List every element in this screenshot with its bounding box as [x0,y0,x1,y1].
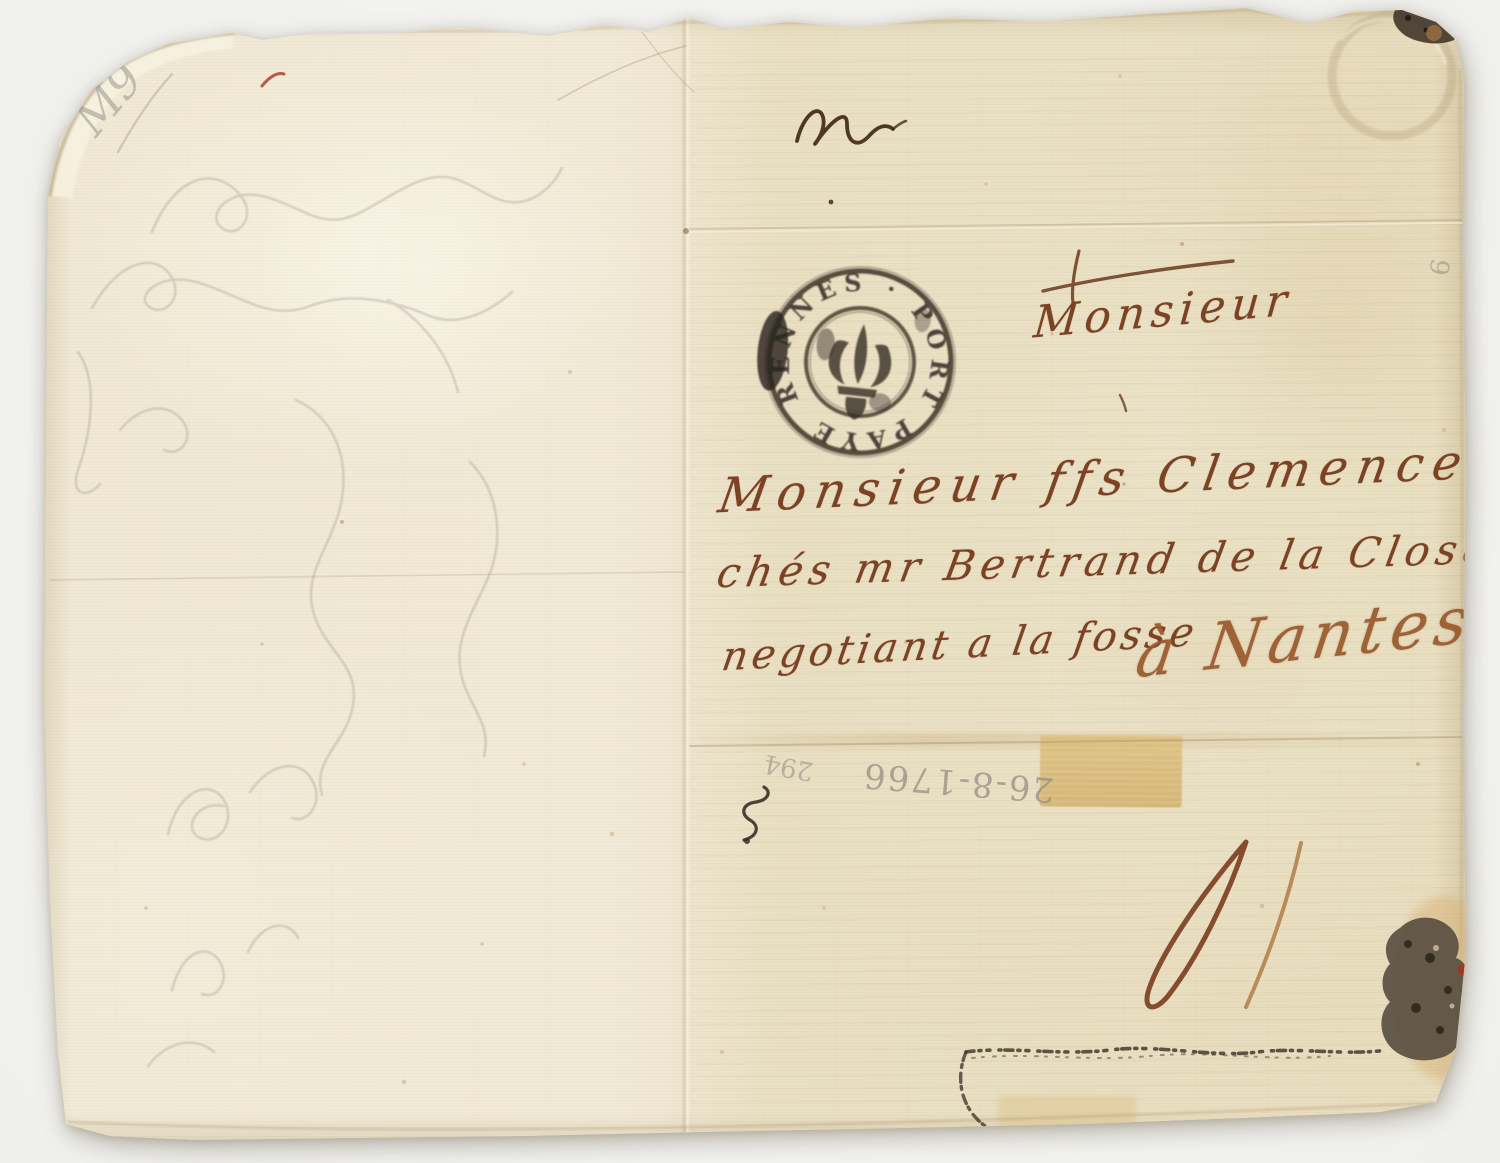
ink-flourish-w [797,111,906,204]
crust-patch [1393,6,1455,44]
pencil-scrawl-stroke [92,263,512,320]
pencil-scrawl-stroke [296,400,354,795]
ink-paraphe [1147,842,1301,1007]
postmark-stamp: RENNES · PORT PAYE [750,252,970,472]
paraphe-stroke-light [1246,843,1301,1007]
foxing-dot [260,642,264,646]
tear-line-main [966,1048,1388,1053]
seal-speck [1436,1026,1444,1034]
tear-line-hook [961,1052,1004,1134]
pencil-scrawl-stroke [172,926,298,995]
paraphe-stroke-dark [1147,842,1246,1007]
foxing-dot [610,832,615,837]
foxing-dot [1442,428,1446,432]
bottom-edge-line [68,1103,1434,1129]
pencil-scrawl [76,168,562,1066]
flourish-tail [893,121,906,129]
fleur-band [837,386,878,398]
pencil-scrawl-stroke [152,168,562,232]
ink-scribble [744,787,768,844]
seal-tear-line [961,1048,1388,1134]
wax-seal-residue [961,896,1496,1134]
foxing-dot [1260,904,1265,909]
foxing-dot [1416,762,1420,766]
scribble-blob [744,838,750,844]
gray-smudge [1340,1127,1384,1145]
foxing-dot [480,942,484,946]
crust-speck [1442,20,1446,24]
letter-paper: RENNES · PORT PAYE [0,0,1500,1163]
seal-speck [1444,986,1452,994]
tear-line-echo [972,1054,1330,1058]
fleur-petal-right [870,344,893,389]
foxing-dot [720,1050,724,1054]
ink-dot [829,200,834,205]
ink-tick [1120,395,1126,411]
wax-red-bit [1458,964,1470,976]
seal-speck [1425,953,1435,963]
crust-speck [1405,15,1411,21]
foxing-dot [522,762,526,766]
seal-speck [1411,1003,1421,1013]
seal-speck [1404,940,1412,948]
pencil-scrawl-stroke [459,462,497,756]
foxing-dot [984,182,988,186]
seal-light-spot [1450,1004,1455,1009]
crust-orange [1426,25,1442,41]
foxing-dot [402,1080,406,1084]
corner-stain [1393,6,1455,44]
scan-stage: RENNES · PORT PAYE [0,0,1500,1163]
foxing-dot [822,906,826,910]
crease-line [642,32,694,92]
fold-nick [683,228,689,234]
crease-line [50,572,684,580]
seal-light-spot [1433,945,1439,951]
wax-red-bit [1461,985,1475,999]
pencil-scrawl-stroke [76,352,188,493]
foxing-dot [568,370,572,374]
paper-shadow-wrap: RENNES · PORT PAYE [0,0,1500,1163]
pencil-scrawl-stroke [168,766,316,839]
flourish-stroke [797,111,893,144]
crease-line [558,46,686,100]
red-ink-tick [262,74,284,87]
pencil-scrawl-stroke [148,1043,214,1066]
foxing-dot [340,520,344,524]
foxing-dot [1118,74,1122,78]
crease-line [690,737,1466,746]
foxing-dot [1180,242,1184,246]
seal-crust [1381,918,1468,1061]
scribble-stroke [744,787,768,840]
foxing-dot [144,906,148,910]
top-edge-line [234,10,1402,33]
fleur-petal-center [852,324,870,385]
